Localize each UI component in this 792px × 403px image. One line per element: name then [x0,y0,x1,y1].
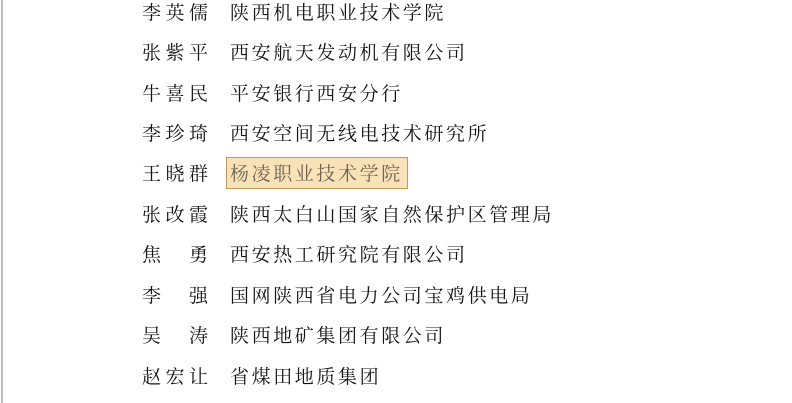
name-char: 牛 [142,79,161,106]
roster-row: 赵宏让 省煤田地质集团 [0,355,792,395]
name-char: 珍 [165,119,184,146]
roster-row: 李珍琦 西安空间无线电技术研究所 [0,112,792,152]
name-char: 霞 [189,200,208,227]
organization-name: 陕西地矿集团有限公司 [230,321,446,348]
name-char: 晓 [165,159,184,186]
organization-name: 西安热工研究院有限公司 [230,240,468,267]
name-char: 勇 [189,240,208,267]
name-char: 李 [142,0,161,25]
person-name: 赵宏让 [142,362,208,389]
name-char: 儒 [189,0,208,25]
name-char: 改 [165,200,184,227]
roster-row: 吴涛 陕西地矿集团有限公司 [0,315,792,355]
organization-name: 西安空间无线电技术研究所 [230,119,489,146]
person-name: 吴涛 [142,321,208,348]
person-name: 王晓群 [142,159,208,186]
name-char: 赵 [142,362,161,389]
name-char: 焦 [142,240,161,267]
name-char: 英 [165,0,184,25]
name-char: 王 [142,159,161,186]
name-char: 喜 [165,79,184,106]
name-char: 群 [189,159,208,186]
roster-row: 张紫平 西安航天发动机有限公司 [0,31,792,71]
person-name: 李英儒 [142,0,208,25]
person-name: 李强 [142,281,208,308]
roster-row: 李强 国网陕西省电力公司宝鸡供电局 [0,274,792,314]
organization-name: 陕西机电职业技术学院 [230,0,446,25]
name-char: 强 [189,281,208,308]
person-name: 张紫平 [142,38,208,65]
name-char: 宏 [165,362,184,389]
organization-name: 国网陕西省电力公司宝鸡供电局 [230,281,532,308]
person-name: 李珍琦 [142,119,208,146]
person-name: 牛喜民 [142,79,208,106]
roster-list: 李英儒 陕西机电职业技术学院 张紫平 西安航天发动机有限公司 牛喜民 平安银行西… [0,0,792,395]
roster-row: 焦勇 西安热工研究院有限公司 [0,234,792,274]
organization-name: 平安银行西安分行 [230,79,403,106]
name-char: 张 [142,200,161,227]
roster-row: 张改霞 陕西太白山国家自然保护区管理局 [0,193,792,233]
organization-name: 省煤田地质集团 [230,362,381,389]
organization-name: 陕西太白山国家自然保护区管理局 [230,200,554,227]
name-char: 吴 [142,321,161,348]
name-char: 李 [142,119,161,146]
person-name: 焦勇 [142,240,208,267]
name-char: 张 [142,38,161,65]
person-name: 张改霞 [142,200,208,227]
highlighted-organization-name: 杨凌职业技术学院 [226,157,408,189]
name-char: 涛 [189,321,208,348]
roster-row: 王晓群 杨凌职业技术学院 [0,153,792,193]
document-page: 李英儒 陕西机电职业技术学院 张紫平 西安航天发动机有限公司 牛喜民 平安银行西… [0,0,792,403]
name-char: 民 [189,79,208,106]
roster-row: 牛喜民 平安银行西安分行 [0,72,792,112]
name-char: 平 [189,38,208,65]
roster-row: 李英儒 陕西机电职业技术学院 [0,0,792,31]
name-char: 李 [142,281,161,308]
name-char: 紫 [165,38,184,65]
name-char: 琦 [189,119,208,146]
name-char: 让 [189,362,208,389]
organization-name: 西安航天发动机有限公司 [230,38,468,65]
